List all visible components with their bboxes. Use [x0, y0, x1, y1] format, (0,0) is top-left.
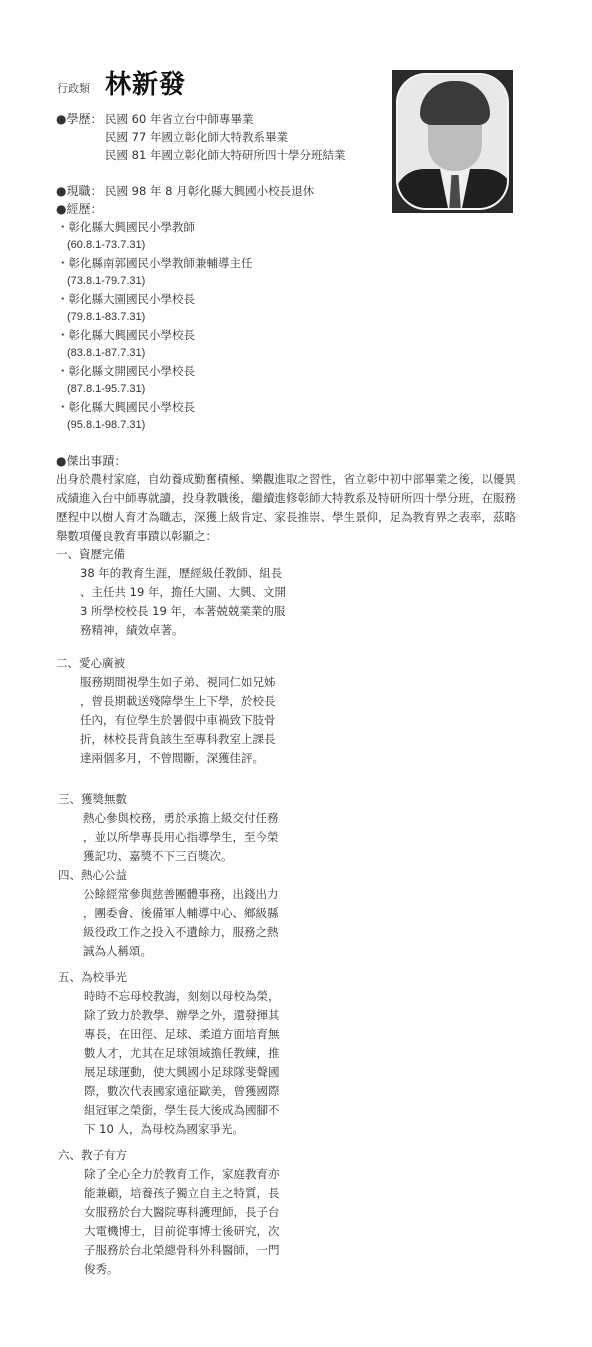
- intro-line: 舉數項優良教育事蹟以彰顯之：: [56, 527, 217, 545]
- intro-line: 成績進入台中師專就讀，投身教職後，繼續進修彰師大特教系及特研所四十學分班，在服務: [56, 489, 516, 507]
- achievements-label: ●傑出事蹟：: [56, 452, 126, 470]
- current-position-value: 民國 98 年 8 月彰化縣大興國小校長退休: [105, 182, 314, 200]
- experience-period: (95.8.1-98.7.31): [67, 416, 145, 434]
- section-line: 女服務於台大醫院專科護理師，長子台: [84, 1203, 280, 1221]
- experience-period: (87.8.1-95.7.31): [67, 380, 145, 398]
- section-line: 獲記功、嘉獎不下三百獎次。: [83, 847, 233, 865]
- section-line: 務精神，績效卓著。: [80, 621, 184, 639]
- intro-line: 歷程中以樹人育才為職志，深獲上級肯定、家長推崇、學生景仰，足為教育界之表率，茲略: [56, 508, 516, 526]
- intro-line: 出身於農村家庭，自幼養成勤奮積極、樂觀進取之習性，省立彰中初中部畢業之後，以優異: [56, 470, 516, 488]
- section-line: 誠為人稱頌。: [83, 942, 152, 960]
- section-line: 展足球運動，使大興國小足球隊斐聲國: [84, 1063, 280, 1081]
- experience-period: (60.8.1-73.7.31): [67, 236, 145, 254]
- portrait-frame: [396, 73, 509, 210]
- education-item: 民國 77 年國立彰化師大特教系畢業: [105, 128, 288, 146]
- experience-period: (79.8.1-83.7.31): [67, 308, 145, 326]
- section-line: 大電機博士，目前從事博士後研究，次: [84, 1222, 280, 1240]
- section-line: 數人才，尤其在足球領域擔任教練，推: [84, 1044, 280, 1062]
- section-line: 能兼顧，培養孩子獨立自主之特質，長: [84, 1184, 280, 1202]
- section-line: 俊秀。: [84, 1260, 119, 1278]
- section-line: 達兩個多月，不曾間斷，深獲佳評。: [80, 749, 264, 767]
- section-heading: 五、為校爭光: [58, 968, 127, 986]
- portrait-photo: [392, 70, 513, 213]
- experience-title: ・彰化縣文開國民小學校長: [57, 362, 195, 380]
- experience-label: ●經歷：: [56, 200, 102, 218]
- hair-shape: [420, 81, 490, 125]
- experience-period: (73.8.1-79.7.31): [67, 272, 145, 290]
- section-line: 級役政工作之投入不遺餘力，服務之熱: [83, 923, 279, 941]
- education-item: 民國 81 年國立彰化師大特研所四十學分班結業: [105, 146, 345, 164]
- section-heading: 一、資歷完備: [56, 545, 125, 563]
- section-line: 38 年的教育生涯，歷經級任教師、組長: [80, 564, 282, 582]
- current-position-label: ●現職：: [56, 182, 102, 200]
- section-line: 折，林校長背負該生至專科教室上課長: [80, 730, 276, 748]
- education-label: ●學歷：: [56, 110, 102, 128]
- section-line: ，曾長期載送殘障學生上下學，於校長: [80, 692, 276, 710]
- section-line: 熱心參與校務，勇於承擔上級交付任務: [83, 809, 279, 827]
- section-line: ，團委會、後備軍人輔導中心、鄉級縣: [83, 904, 279, 922]
- category-label: 行政類: [57, 80, 90, 96]
- experience-period: (83.8.1-87.7.31): [67, 344, 145, 362]
- section-line: 3 所學校校長 19 年，本著兢兢業業的服: [80, 602, 285, 620]
- experience-title: ・彰化縣南郭國民小學教師兼輔導主任: [57, 254, 253, 272]
- section-line: 際，數次代表國家遠征歐美，曾獲國際: [84, 1082, 280, 1100]
- section-line: 任內，有位學生於暑假中車禍致下肢骨: [80, 711, 276, 729]
- section-line: 組冠軍之榮銜，學生長大後成為國腳不: [84, 1101, 280, 1119]
- experience-title: ・彰化縣大園國民小學校長: [57, 290, 195, 308]
- section-heading: 三、獲獎無數: [58, 790, 127, 808]
- experience-title: ・彰化縣大興國民小學校長: [57, 398, 195, 416]
- section-line: 、主任共 19 年，擔任大園、大興、文開: [80, 583, 286, 601]
- section-line: 服務期間視學生如子弟、視同仁如兄姊: [80, 673, 276, 691]
- section-line: 子服務於台北榮總骨科外科醫師，一門: [84, 1241, 280, 1259]
- section-line: 專長，在田徑、足球、柔道方面培育無: [84, 1025, 280, 1043]
- education-item: 民國 60 年省立台中師專畢業: [105, 110, 253, 128]
- section-heading: 二、愛心廣被: [56, 654, 125, 672]
- section-line: 除了全心全力於教育工作，家庭教育亦: [84, 1165, 280, 1183]
- person-name: 林新發: [105, 64, 186, 101]
- section-heading: 四、熱心公益: [58, 866, 127, 884]
- experience-title: ・彰化縣大興國民小學教師: [57, 218, 195, 236]
- section-line: 公餘經常參與慈善團體事務，出錢出力: [83, 885, 279, 903]
- section-line: 除了致力於教學、辦學之外，還發揮其: [84, 1006, 280, 1024]
- section-line: ，並以所學專長用心指導學生，至今榮: [83, 828, 279, 846]
- experience-title: ・彰化縣大興國民小學校長: [57, 326, 195, 344]
- section-heading: 六、教子有方: [58, 1146, 127, 1164]
- section-line: 下 10 人，為母校為國家爭光。: [84, 1120, 244, 1138]
- section-line: 時時不忘母校教誨，刻刻以母校為榮，: [84, 987, 280, 1005]
